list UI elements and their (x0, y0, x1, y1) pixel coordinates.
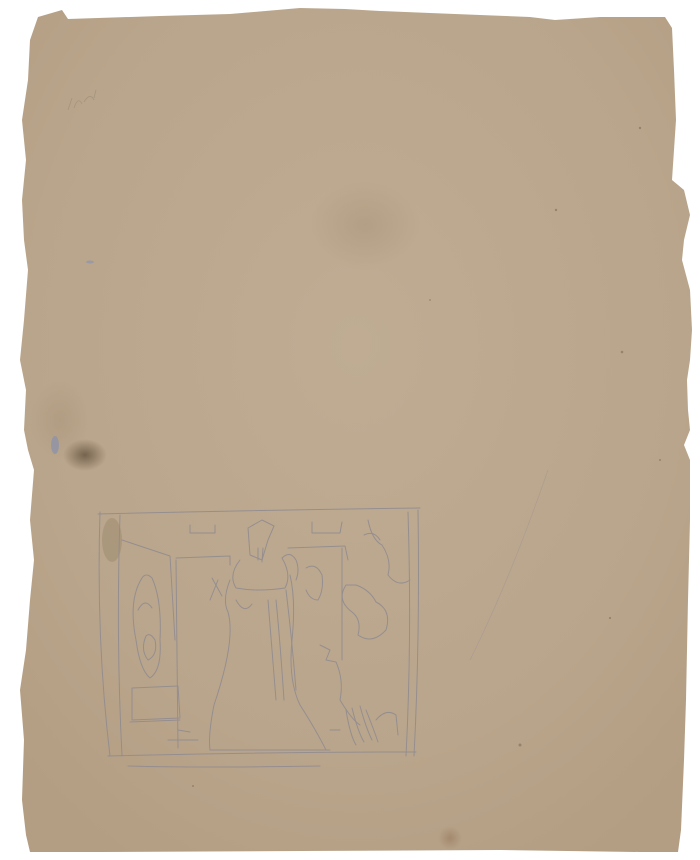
stain-upper-center (310, 180, 420, 270)
scanned-paper-drawing (0, 0, 700, 860)
stain-left-faint (30, 380, 90, 460)
stain-bottom-center (438, 826, 462, 850)
stain-left-blue (51, 436, 59, 454)
stain-left-blue-small (86, 261, 94, 264)
